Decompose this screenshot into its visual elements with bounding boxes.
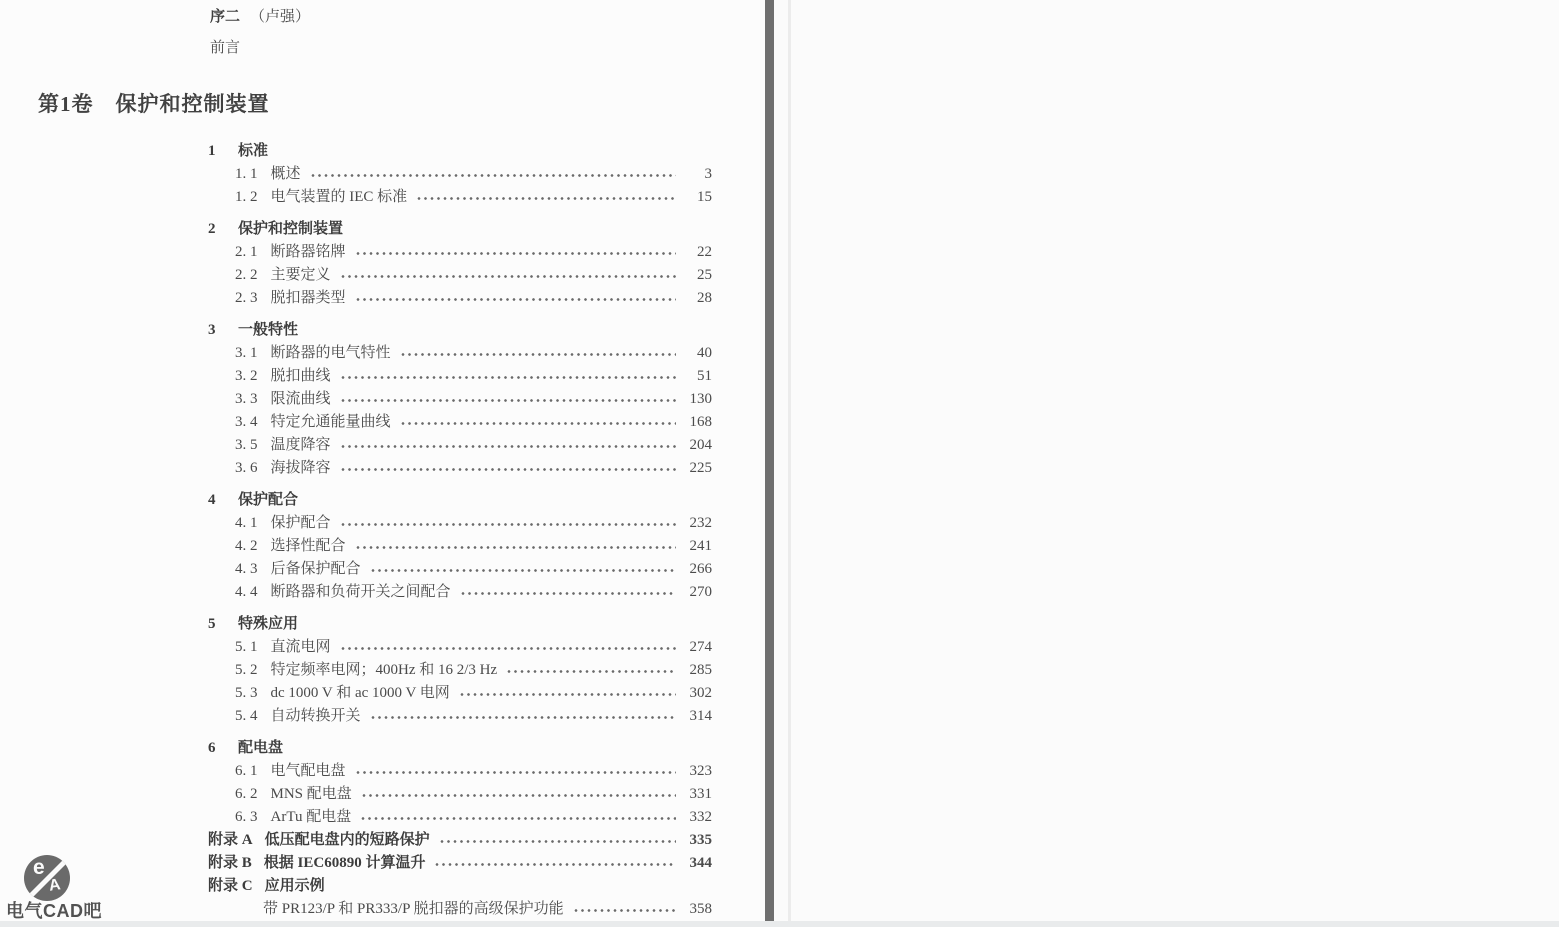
dot-leader	[356, 296, 676, 303]
toc-entry-number: 2. 2	[235, 267, 258, 284]
toc-entry-number: 5. 4	[235, 708, 258, 725]
toc-entry-number: 2. 3	[235, 290, 258, 307]
toc-entry-row: 1. 2电气装置的 IEC 标准15	[208, 185, 712, 208]
toc-entry-number: 4. 3	[235, 561, 258, 578]
toc-entry-title: 低压配电盘内的短路保护	[265, 828, 430, 849]
toc-entry-number: 3. 5	[235, 437, 258, 454]
toc-entry-row: 2. 2主要定义25	[208, 263, 712, 286]
toc-entry-row: 3. 4特定允通能量曲线168	[208, 410, 712, 433]
foreword-label: 前言	[210, 40, 240, 56]
dot-leader	[356, 250, 676, 257]
foreword-line: 前言	[210, 33, 310, 64]
toc-entry-page: 232	[684, 515, 712, 532]
toc-entry-title: 应用示例	[265, 874, 325, 895]
left-page: 序二（卢强） 前言 第1卷 保护和控制装置 1标准1. 1概述31. 2电气装置…	[0, 0, 766, 927]
toc-entry-row: 6. 1电气配电盘323	[208, 759, 712, 782]
toc-entry-row: 3. 3限流曲线130	[208, 387, 712, 410]
toc-section-row: 3一般特性	[208, 318, 712, 341]
toc-entry-title: dc 1000 V 和 ac 1000 V 电网	[271, 681, 450, 702]
toc-entry-number: 4. 2	[235, 538, 258, 555]
toc-entry-number: 4	[208, 492, 221, 509]
volume1-number: 第1卷	[38, 88, 94, 118]
dot-leader	[417, 195, 676, 202]
toc-entry-number: 3. 4	[235, 414, 258, 431]
toc-entry-page: 22	[684, 244, 712, 261]
toc-entry-title: 断路器和负荷开关之间配合	[271, 580, 451, 601]
toc-entry-title: 断路器铭牌	[271, 240, 346, 261]
watermark-label: 电气CAD吧	[6, 897, 102, 923]
toc-entry-row: 4. 1保护配合232	[208, 511, 712, 534]
toc-entry-page: 204	[684, 437, 712, 454]
toc-entry-page: 335	[684, 832, 712, 849]
toc-appendix-row: 附录 A低压配电盘内的短路保护335	[208, 828, 712, 851]
dot-leader	[461, 590, 676, 597]
toc-entry-title: ArTu 配电盘	[271, 805, 352, 826]
toc-entry-row: 5. 2特定频率电网；400Hz 和 16 2/3 Hz285	[208, 658, 712, 681]
dot-leader	[341, 521, 676, 528]
toc-entry-row: 6. 3ArTu 配电盘332	[208, 805, 712, 828]
toc-entry-number: 5. 1	[235, 639, 258, 656]
toc-entry-title: 主要定义	[271, 263, 331, 284]
toc-entry-number: 5	[208, 616, 221, 633]
toc-entry-number: 6. 1	[235, 763, 258, 780]
toc-entry-page: 241	[684, 538, 712, 555]
toc-entry-title: 根据 IEC60890 计算温升	[264, 851, 426, 872]
toc-entry-title: 特定允通能量曲线	[271, 410, 391, 431]
toc-entry-page: 314	[684, 708, 712, 725]
toc-entry-number: 3	[208, 322, 221, 339]
dot-leader	[341, 273, 676, 280]
volume1-toc: 1标准1. 1概述31. 2电气装置的 IEC 标准152保护和控制装置2. 1…	[208, 139, 712, 920]
preface2-line: 序二（卢强）	[210, 2, 310, 33]
toc-appendix-row: 带 PR123/P 和 PR333/P 脱扣器的高级保护功能358	[208, 897, 712, 920]
toc-entry-title: 选择性配合	[271, 534, 346, 555]
dot-leader	[356, 769, 676, 776]
toc-entry-page: 130	[684, 391, 712, 408]
dot-leader	[356, 544, 676, 551]
toc-entry-row: 3. 1断路器的电气特性40	[208, 341, 712, 364]
dot-leader	[341, 645, 676, 652]
toc-entry-row: 3. 5温度降容204	[208, 433, 712, 456]
toc-entry-title: 保护配合	[271, 511, 331, 532]
toc-entry-row: 4. 3后备保护配合266	[208, 557, 712, 580]
toc-entry-page: 358	[684, 901, 712, 918]
volume1-title: 第1卷 保护和控制装置	[38, 88, 270, 118]
dot-leader	[460, 691, 676, 698]
dot-leader	[401, 351, 676, 358]
toc-entry-title: 配电盘	[238, 736, 283, 757]
toc-section-row: 1标准	[208, 139, 712, 162]
dot-leader	[440, 838, 676, 845]
toc-entry-title: 概述	[271, 162, 301, 183]
toc-entry-title: 保护和控制装置	[238, 217, 343, 238]
toc-entry-page: 285	[684, 662, 712, 679]
toc-entry-number: 1. 1	[235, 166, 258, 183]
toc-entry-title: 断路器的电气特性	[271, 341, 391, 362]
toc-entry-title: 直流电网	[271, 635, 331, 656]
dot-leader	[401, 420, 676, 427]
dot-leader	[341, 397, 676, 404]
logo-letter-a: A	[48, 876, 62, 895]
scanned-book-toc: { "colors": { "page_background": "#fbfbf…	[0, 0, 1559, 927]
dot-leader	[507, 668, 676, 675]
toc-entry-page: 25	[684, 267, 712, 284]
toc-entry-row: 5. 3dc 1000 V 和 ac 1000 V 电网302	[208, 681, 712, 704]
toc-entry-number: 附录 A	[208, 828, 253, 849]
toc-entry-number: 2	[208, 221, 221, 238]
toc-entry-page: 332	[684, 809, 712, 826]
toc-entry-title: 脱扣曲线	[271, 364, 331, 385]
dot-leader	[341, 466, 676, 473]
toc-entry-title: 电气配电盘	[271, 759, 346, 780]
toc-entry-page: 40	[684, 345, 712, 362]
toc-entry-number: 5. 2	[235, 662, 258, 679]
toc-entry-number: 1	[208, 143, 221, 160]
toc-entry-number: 附录 B	[208, 851, 252, 872]
dot-leader	[574, 907, 676, 914]
toc-entry-page: 15	[684, 189, 712, 206]
toc-entry-row: 3. 2脱扣曲线51	[208, 364, 712, 387]
toc-section-row: 4保护配合	[208, 488, 712, 511]
toc-entry-number: 3. 3	[235, 391, 258, 408]
toc-entry-page: 274	[684, 639, 712, 656]
toc-entry-title: 脱扣器类型	[271, 286, 346, 307]
toc-entry-title: 电气装置的 IEC 标准	[271, 185, 408, 206]
toc-entry-title: 温度降容	[271, 433, 331, 454]
toc-entry-number: 6. 3	[235, 809, 258, 826]
toc-entry-number: 4. 4	[235, 584, 258, 601]
toc-appendix-row: 附录 C应用示例	[208, 874, 712, 897]
toc-entry-page: 51	[684, 368, 712, 385]
dot-leader	[371, 714, 676, 721]
toc-entry-row: 1. 1概述3	[208, 162, 712, 185]
toc-entry-title: 自动转换开关	[271, 704, 361, 725]
toc-entry-page: 28	[684, 290, 712, 307]
right-page: 第2卷 电气系统 1标准参见第1卷2馈线保护2. 1引言3702. 2安装和计算…	[791, 0, 1559, 927]
toc-entry-row: 4. 2选择性配合241	[208, 534, 712, 557]
toc-entry-number: 3. 6	[235, 460, 258, 477]
toc-section-row: 2保护和控制装置	[208, 217, 712, 240]
toc-entry-number: 附录 C	[208, 874, 253, 895]
toc-entry-title: 标准	[238, 139, 268, 160]
toc-entry-title: 限流曲线	[271, 387, 331, 408]
toc-entry-title: 后备保护配合	[271, 557, 361, 578]
toc-entry-row: 4. 4断路器和负荷开关之间配合270	[208, 580, 712, 603]
toc-entry-title: 特定频率电网；400Hz 和 16 2/3 Hz	[271, 658, 498, 679]
toc-entry-number: 5. 3	[235, 685, 258, 702]
toc-entry-number: 2. 1	[235, 244, 258, 261]
dot-leader	[371, 567, 676, 574]
toc-entry-number: 6. 2	[235, 786, 258, 803]
toc-entry-row: 5. 4自动转换开关314	[208, 704, 712, 727]
toc-entry-page: 266	[684, 561, 712, 578]
dot-leader	[311, 172, 676, 179]
toc-entry-number: 4. 1	[235, 515, 258, 532]
ea-logo-icon: e A	[24, 855, 70, 901]
scan-bottom-edge	[0, 921, 1559, 927]
toc-appendix-row: 附录 B根据 IEC60890 计算温升344	[208, 851, 712, 874]
toc-entry-title: 带 PR123/P 和 PR333/P 脱扣器的高级保护功能	[263, 897, 564, 918]
toc-entry-page: 225	[684, 460, 712, 477]
toc-entry-page: 168	[684, 414, 712, 431]
toc-entry-title: MNS 配电盘	[271, 782, 352, 803]
preface2-label: 序二	[210, 9, 240, 25]
toc-entry-row: 3. 6海拔降容225	[208, 456, 712, 479]
toc-entry-page: 331	[684, 786, 712, 803]
toc-entry-title: 海拔降容	[271, 456, 331, 477]
front-matter-lines: 序二（卢强） 前言	[210, 2, 310, 64]
dot-leader	[341, 374, 676, 381]
toc-entry-number: 3. 2	[235, 368, 258, 385]
toc-entry-page: 3	[684, 166, 712, 183]
toc-entry-number: 6	[208, 740, 221, 757]
toc-entry-title: 特殊应用	[238, 612, 298, 633]
toc-entry-number: 1. 2	[235, 189, 258, 206]
volume1-name: 保护和控制装置	[116, 88, 270, 118]
toc-entry-title: 保护配合	[238, 488, 298, 509]
toc-section-row: 5特殊应用	[208, 612, 712, 635]
toc-entry-row: 5. 1直流电网274	[208, 635, 712, 658]
toc-entry-page: 302	[684, 685, 712, 702]
toc-section-row: 6配电盘	[208, 736, 712, 759]
toc-entry-page: 323	[684, 763, 712, 780]
logo-letter-e: e	[33, 856, 45, 880]
dot-leader	[341, 443, 676, 450]
dot-leader	[435, 861, 676, 868]
toc-entry-page: 270	[684, 584, 712, 601]
dot-leader	[361, 815, 676, 822]
dot-leader	[362, 792, 676, 799]
toc-entry-title: 一般特性	[238, 318, 298, 339]
toc-entry-number: 3. 1	[235, 345, 258, 362]
page-gutter-bar	[765, 0, 774, 927]
toc-entry-row: 6. 2MNS 配电盘331	[208, 782, 712, 805]
toc-entry-page: 344	[684, 855, 712, 872]
preface2-author: （卢强）	[250, 9, 310, 25]
toc-entry-row: 2. 1断路器铭牌22	[208, 240, 712, 263]
toc-entry-row: 2. 3脱扣器类型28	[208, 286, 712, 309]
